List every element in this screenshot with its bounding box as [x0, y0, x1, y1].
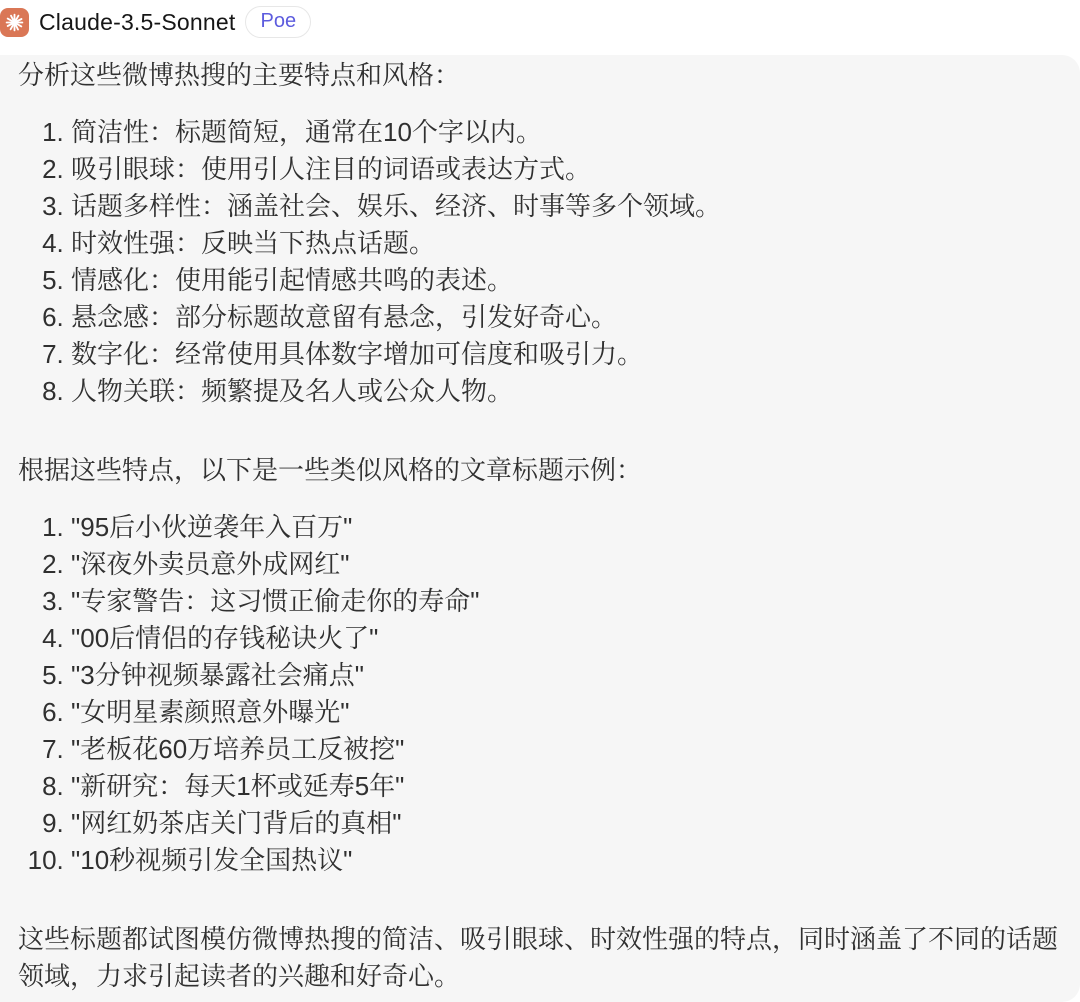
chat-page: Claude-3.5-Sonnet Poe 分析这些微博热搜的主要特点和风格： … [0, 0, 1080, 1002]
list-item: "95后小伙逆袭年入百万" [71, 509, 1062, 546]
bot-header: Claude-3.5-Sonnet Poe [0, 2, 1080, 42]
examples-intro-paragraph: 根据这些特点，以下是一些类似风格的文章标题示例： [18, 452, 1062, 489]
message-bubble: 分析这些微博热搜的主要特点和风格： 简洁性：标题简短，通常在10个字以内。吸引眼… [0, 55, 1080, 1002]
list-item: "00后情侣的存钱秘诀火了" [71, 620, 1062, 657]
examples-list: "95后小伙逆袭年入百万""深夜外卖员意外成网红""专家警告：这习惯正偷走你的寿… [18, 509, 1062, 879]
claude-starburst-icon [4, 12, 25, 33]
list-item: 情感化：使用能引起情感共鸣的表述。 [71, 262, 1062, 299]
list-item: 时效性强：反映当下热点话题。 [71, 225, 1062, 262]
list-item: 简洁性：标题简短，通常在10个字以内。 [71, 114, 1062, 151]
list-item: "深夜外卖员意外成网红" [71, 546, 1062, 583]
list-item: 数字化：经常使用具体数字增加可信度和吸引力。 [71, 336, 1062, 373]
list-item: "网红奶茶店关门背后的真相" [71, 805, 1062, 842]
conclusion-paragraph: 这些标题都试图模仿微博热搜的简洁、吸引眼球、时效性强的特点，同时涵盖了不同的话题… [18, 921, 1062, 995]
list-item: 悬念感：部分标题故意留有悬念，引发好奇心。 [71, 299, 1062, 336]
bot-avatar[interactable] [0, 8, 29, 37]
list-item: "10秒视频引发全国热议" [71, 842, 1062, 879]
list-item: 吸引眼球：使用引人注目的词语或表达方式。 [71, 151, 1062, 188]
list-item: "新研究：每天1杯或延寿5年" [71, 768, 1062, 805]
list-item: "老板花60万培养员工反被挖" [71, 731, 1062, 768]
intro-paragraph: 分析这些微博热搜的主要特点和风格： [18, 57, 1062, 94]
list-item: "3分钟视频暴露社会痛点" [71, 657, 1062, 694]
list-item: 话题多样性：涵盖社会、娱乐、经济、时事等多个领域。 [71, 188, 1062, 225]
list-item: "专家警告：这习惯正偷走你的寿命" [71, 583, 1062, 620]
list-item: 人物关联：频繁提及名人或公众人物。 [71, 373, 1062, 410]
list-item: "女明星素颜照意外曝光" [71, 694, 1062, 731]
bot-name[interactable]: Claude-3.5-Sonnet [39, 9, 235, 36]
poe-badge[interactable]: Poe [245, 6, 311, 38]
characteristics-list: 简洁性：标题简短，通常在10个字以内。吸引眼球：使用引人注目的词语或表达方式。话… [18, 114, 1062, 410]
